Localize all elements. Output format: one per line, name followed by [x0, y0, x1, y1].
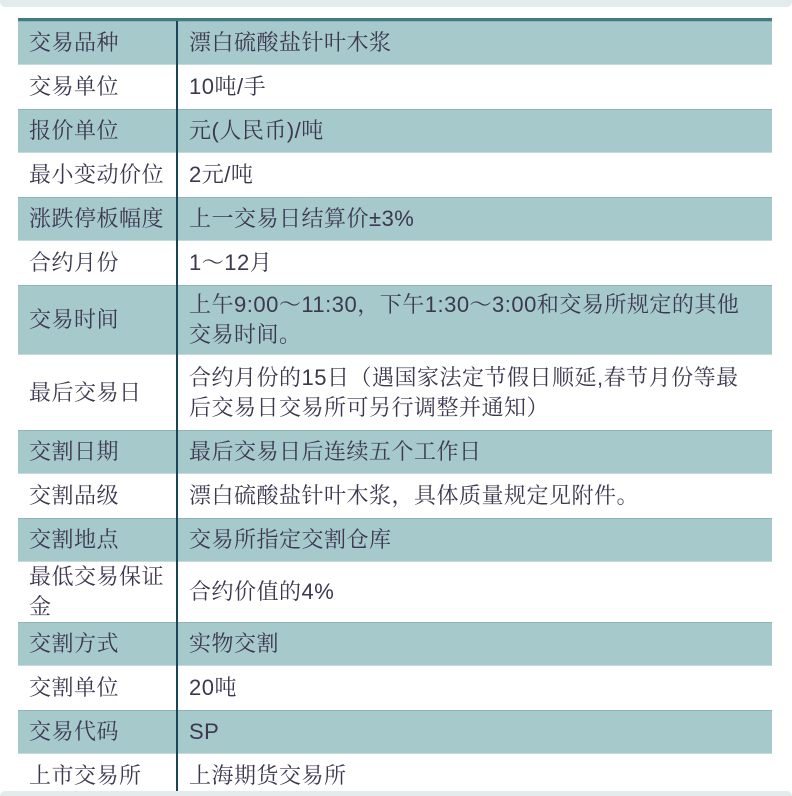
table-row: 交割单位 20吨	[18, 666, 772, 710]
row-value-cell: 元(人民币)/吨	[176, 109, 772, 153]
row-value-cell: 合约月份的15日（遇国家法定节假日顺延,春节月份等最后交易日交易所可另行调整并通…	[176, 355, 772, 430]
contract-spec-table: 交易品种 漂白硫酸盐针叶木浆 交易单位 10吨/手 报价单位 元(人民币)/吨 …	[18, 18, 772, 796]
row-label-cell: 交割地点	[18, 518, 176, 562]
table-row: 最小变动价位 2元/吨	[18, 153, 772, 197]
row-value-cell: 1～12月	[176, 241, 772, 285]
row-value-cell: 漂白硫酸盐针叶木浆	[176, 21, 772, 65]
row-label-cell: 合约月份	[18, 241, 176, 285]
row-label-cell: 交割方式	[18, 622, 176, 666]
row-value-cell: 实物交割	[176, 622, 772, 666]
row-label-cell: 交易时间	[18, 285, 176, 355]
row-value-cell: 合约价值的4%	[176, 562, 772, 622]
table-row: 合约月份 1～12月	[18, 241, 772, 285]
row-label-cell: 交割单位	[18, 666, 176, 710]
row-value-cell: 20吨	[176, 666, 772, 710]
row-label-cell: 最后交易日	[18, 355, 176, 430]
row-label-cell: 上市交易所	[18, 754, 176, 796]
row-label-cell: 涨跌停板幅度	[18, 197, 176, 241]
page: 交易品种 漂白硫酸盐针叶木浆 交易单位 10吨/手 报价单位 元(人民币)/吨 …	[0, 0, 792, 796]
table-row: 最低交易保证金 合约价值的4%	[18, 562, 772, 622]
row-label-cell: 最小变动价位	[18, 153, 176, 197]
row-label-cell: 交割品级	[18, 474, 176, 518]
table-row: 报价单位 元(人民币)/吨	[18, 109, 772, 153]
table-row: 最后交易日 合约月份的15日（遇国家法定节假日顺延,春节月份等最后交易日交易所可…	[18, 355, 772, 430]
table-row: 涨跌停板幅度 上一交易日结算价±3%	[18, 197, 772, 241]
table-row: 上市交易所 上海期货交易所	[18, 754, 772, 796]
row-value-cell: 上午9:00～11:30，下午1:30～3:00和交易所规定的其他交易时间。	[176, 285, 772, 355]
bottom-edge-strip	[0, 791, 792, 796]
row-label-cell: 最低交易保证金	[18, 562, 176, 622]
table-row: 交割方式 实物交割	[18, 622, 772, 666]
table-row: 交割品级 漂白硫酸盐针叶木浆，具体质量规定见附件。	[18, 474, 772, 518]
row-value-cell: 2元/吨	[176, 153, 772, 197]
table-row: 交割日期 最后交易日后连续五个工作日	[18, 430, 772, 474]
table-row: 交易代码 SP	[18, 710, 772, 754]
row-value-cell: 10吨/手	[176, 65, 772, 109]
row-value-cell: SP	[176, 710, 772, 754]
table-row: 交易单位 10吨/手	[18, 65, 772, 109]
table-row: 交割地点 交易所指定交割仓库	[18, 518, 772, 562]
row-value-cell: 漂白硫酸盐针叶木浆，具体质量规定见附件。	[176, 474, 772, 518]
table-row: 交易品种 漂白硫酸盐针叶木浆	[18, 21, 772, 65]
row-label-cell: 交易品种	[18, 21, 176, 65]
row-label-cell: 交易单位	[18, 65, 176, 109]
row-value-cell: 上海期货交易所	[176, 754, 772, 796]
row-label-cell: 交易代码	[18, 710, 176, 754]
table-row: 交易时间 上午9:00～11:30，下午1:30～3:00和交易所规定的其他交易…	[18, 285, 772, 355]
row-value-cell: 最后交易日后连续五个工作日	[176, 430, 772, 474]
row-label-cell: 交割日期	[18, 430, 176, 474]
row-value-cell: 上一交易日结算价±3%	[176, 197, 772, 241]
row-label-cell: 报价单位	[18, 109, 176, 153]
top-edge-strip	[0, 0, 792, 7]
row-value-cell: 交易所指定交割仓库	[176, 518, 772, 562]
